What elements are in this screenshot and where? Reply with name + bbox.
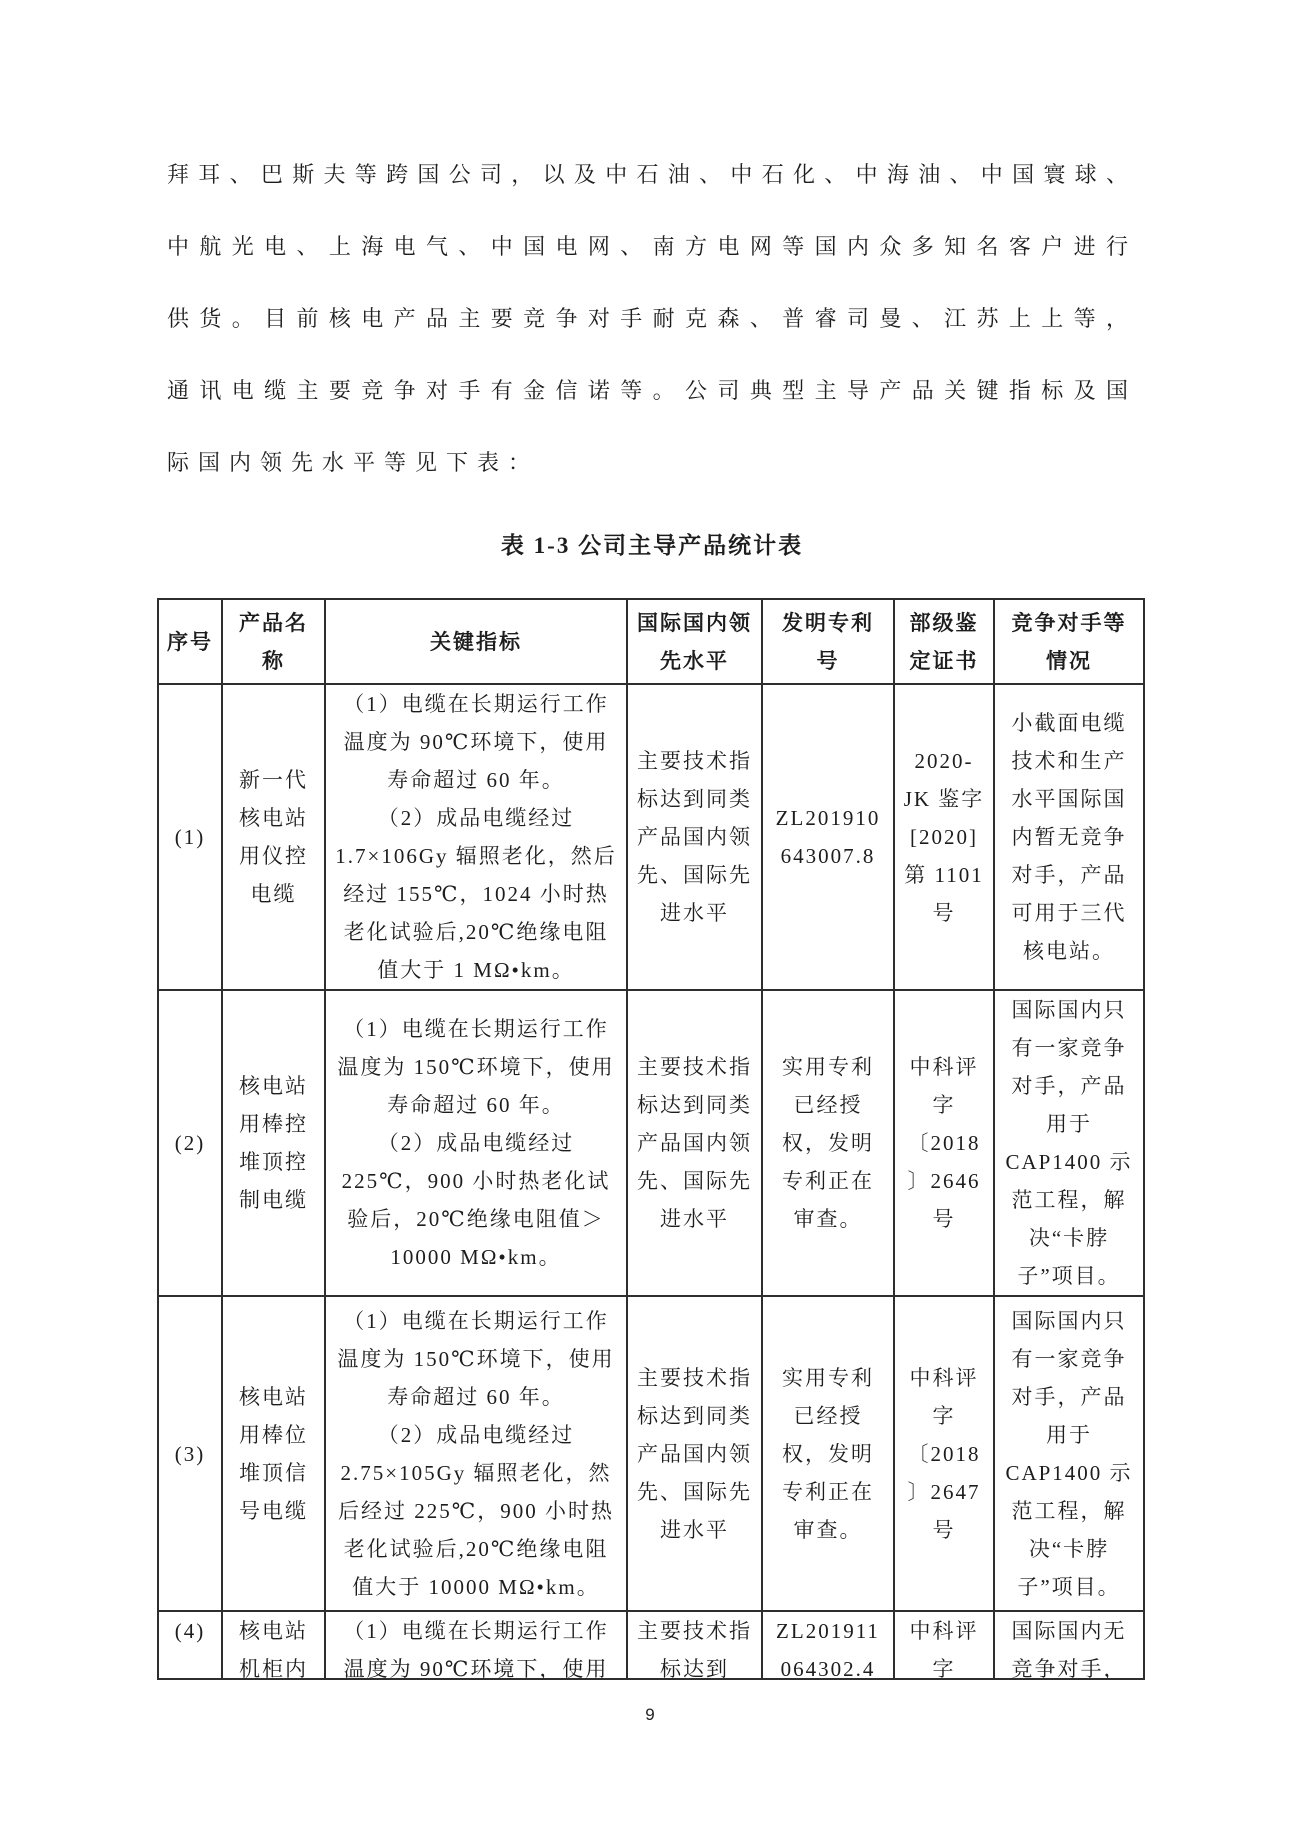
- cell-serial-no: (2): [158, 990, 222, 1296]
- cell-certificate: 中科评字〔2018〕2646 号: [894, 990, 994, 1296]
- header-ministerial-certificate: 部级鉴定证书: [894, 599, 994, 684]
- document-page: 拜耳、巴斯夫等跨国公司，以及中石油、中石化、中海油、中国寰球、 中航光电、上海电…: [0, 0, 1300, 1838]
- table-row: (1) 新一代核电站用仪控电缆 （1）电缆在长期运行工作温度为 90℃环境下，使…: [158, 684, 1144, 990]
- cell-key-indicators: （1）电缆在长期运行工作温度为 90℃环境下，使用: [325, 1611, 627, 1679]
- cell-patent-no: ZL201910643007.8: [762, 684, 894, 990]
- cell-leading-level: 主要技术指标达到: [627, 1611, 762, 1679]
- header-product-name: 产品名称: [222, 599, 325, 684]
- cell-patent-no: 实用专利已经授权，发明专利正在审查。: [762, 990, 894, 1296]
- cell-serial-no: (3): [158, 1296, 222, 1611]
- cell-competitors: 国际国内只有一家竞争对手，产品用于 CAP1400 示范工程，解决“卡脖子”项目…: [994, 990, 1144, 1296]
- paragraph-line: 供货。目前核电产品主要竞争对手耐克森、普睿司曼、江苏上上等，: [167, 283, 1137, 355]
- paragraph-line: 际国内领先水平等见下表：: [167, 427, 1137, 499]
- header-invention-patent-no: 发明专利号: [762, 599, 894, 684]
- products-table: 序号 产品名称 关键指标 国际国内领先水平 发明专利号 部级鉴定证书 竞争对手等…: [157, 598, 1145, 1680]
- cell-serial-no: (4): [158, 1611, 222, 1679]
- cell-text: （1）电缆在长期运行工作温度为 90℃环境下，使用: [334, 1612, 618, 1678]
- cell-leading-level: 主要技术指标达到同类产品国内领先、国际先进水平: [627, 684, 762, 990]
- cell-competitors: 小截面电缆技术和生产水平国际国内暂无竞争对手，产品可用于三代核电站。: [994, 684, 1144, 990]
- cell-competitors: 国际国内无竞争对手，产品: [994, 1611, 1144, 1679]
- cell-certificate: 2020-JK 鉴字[2020]第 1101 号: [894, 684, 994, 990]
- body-paragraph: 拜耳、巴斯夫等跨国公司，以及中石油、中石化、中海油、中国寰球、 中航光电、上海电…: [167, 139, 1137, 499]
- cell-patent-no: 实用专利已经授权，发明专利正在审查。: [762, 1296, 894, 1611]
- cell-patent-no: ZL201911064302.4: [762, 1611, 894, 1679]
- cell-text: ZL201911064302.4: [771, 1612, 885, 1678]
- cell-certificate: 中科评字: [894, 1611, 994, 1679]
- cell-product-name: 核电站用棒控堆顶控制电缆: [222, 990, 325, 1296]
- cell-product-name: 新一代核电站用仪控电缆: [222, 684, 325, 990]
- cell-leading-level: 主要技术指标达到同类产品国内领先、国际先进水平: [627, 1296, 762, 1611]
- paragraph-line: 拜耳、巴斯夫等跨国公司，以及中石油、中石化、中海油、中国寰球、: [167, 139, 1137, 211]
- table-title: 表 1-3 公司主导产品统计表: [167, 527, 1137, 560]
- table-header-row: 序号 产品名称 关键指标 国际国内领先水平 发明专利号 部级鉴定证书 竞争对手等…: [158, 599, 1144, 684]
- cell-text: (4): [167, 1612, 213, 1678]
- cell-text: 国际国内无竞争对手，产品: [1003, 1612, 1135, 1678]
- cell-product-name: 核电站机柜内: [222, 1611, 325, 1679]
- header-competitors: 竞争对手等情况: [994, 599, 1144, 684]
- table-row: (2) 核电站用棒控堆顶控制电缆 （1）电缆在长期运行工作温度为 150℃环境下…: [158, 990, 1144, 1296]
- cell-product-name: 核电站用棒位堆顶信号电缆: [222, 1296, 325, 1611]
- table-row: (4) 核电站机柜内 （1）电缆在长期运行工作温度为 90℃环境下，使用 主要技…: [158, 1611, 1144, 1679]
- page-number: 9: [0, 1705, 1300, 1725]
- cell-competitors: 国际国内只有一家竞争对手，产品用于 CAP1400 示范工程，解决“卡脖子”项目…: [994, 1296, 1144, 1611]
- cell-key-indicators: （1）电缆在长期运行工作温度为 150℃环境下，使用寿命超过 60 年。 （2）…: [325, 1296, 627, 1611]
- cell-text: 主要技术指标达到: [636, 1612, 753, 1678]
- header-serial-no: 序号: [158, 599, 222, 684]
- cell-leading-level: 主要技术指标达到同类产品国内领先、国际先进水平: [627, 990, 762, 1296]
- paragraph-line: 通讯电缆主要竞争对手有金信诺等。公司典型主导产品关键指标及国: [167, 355, 1137, 427]
- header-leading-level: 国际国内领先水平: [627, 599, 762, 684]
- cell-text: 中科评字: [903, 1612, 985, 1678]
- header-key-indicators: 关键指标: [325, 599, 627, 684]
- cell-key-indicators: （1）电缆在长期运行工作温度为 90℃环境下，使用寿命超过 60 年。 （2）成…: [325, 684, 627, 990]
- cell-key-indicators: （1）电缆在长期运行工作温度为 150℃环境下，使用寿命超过 60 年。 （2）…: [325, 990, 627, 1296]
- table-row: (3) 核电站用棒位堆顶信号电缆 （1）电缆在长期运行工作温度为 150℃环境下…: [158, 1296, 1144, 1611]
- paragraph-line: 中航光电、上海电气、中国电网、南方电网等国内众多知名客户进行: [167, 211, 1137, 283]
- cell-serial-no: (1): [158, 684, 222, 990]
- cell-text: 核电站机柜内: [231, 1612, 316, 1678]
- cell-certificate: 中科评字〔2018〕2647 号: [894, 1296, 994, 1611]
